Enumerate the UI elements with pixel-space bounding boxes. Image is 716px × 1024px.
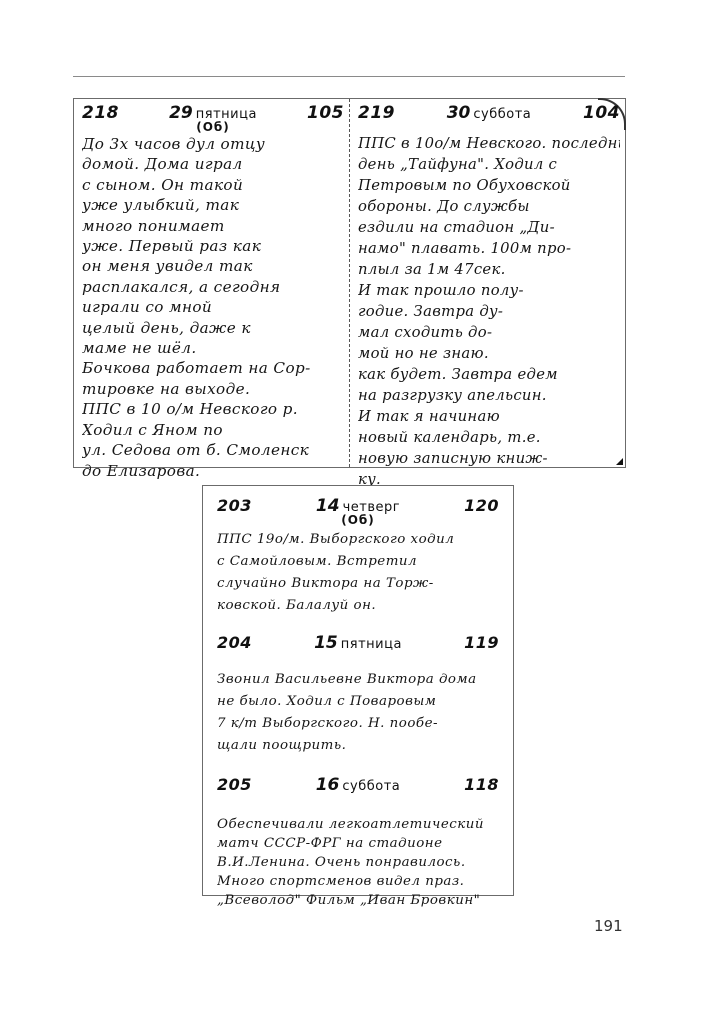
entry-header: 204 15пятница 119 [217,633,499,653]
days-remaining: 119 [464,633,499,652]
page-number: 191 [594,917,623,935]
handwritten-line: Много спортсменов видел праз. [217,872,499,891]
weekday: суббота [473,107,531,122]
handwritten-line: В.И.Ленина. Очень понравилось. [217,853,499,872]
entry-number: 218 [82,103,119,123]
days-remaining: 118 [464,775,499,794]
handwritten-line: 7 к/т Выборгского. Н. пообе- [217,713,499,735]
handwritten-line: расплакался, а сегодня [82,277,344,297]
handwritten-line: как будет. Завтра едем [358,364,620,385]
diary-entry: 204 15пятница 119 Звонил Васильевне Викт… [217,633,499,757]
weekday: суббота [342,779,400,794]
entry-number: 219 [358,103,395,123]
handwritten-line: ППС 19о/м. Выборгского ходил [217,529,499,551]
handwritten-line: с Самойловым. Встретил [217,551,499,573]
entry-header: 205 16суббота 118 [217,775,499,795]
handwritten-line: До 3х часов дул отцу [82,134,344,154]
entry-header: 219 30суббота 104 [358,103,620,123]
handwritten-line: до Елизарова. [82,461,344,481]
handwritten-line: ковской. Балалуй он. [217,595,499,617]
handwritten-line: годие. Завтра ду- [358,301,620,322]
handwritten-line: с сыном. Он такой [82,175,344,195]
entry-number: 204 [217,633,252,652]
diary-scan-single: 203 14четверг 120 (Об) ППС 19о/м. Выборг… [202,485,514,896]
date-day: 16 [316,775,340,795]
date-day: 29 [169,103,193,123]
handwritten-line: он меня увидел так [82,256,344,276]
handwritten-line: домой. Дома играл [82,154,344,174]
handwritten-line: обороны. До службы [358,196,620,217]
handwritten-line: Звонил Васильевне Виктора дома [217,669,499,691]
handwritten-line: „Всеволод" Фильм „Иван Бровкин" [217,891,499,910]
entry-date: 30суббота [447,103,532,123]
diary-scan-spread: 218 29пятница 105 (Об) До 3х часов дул о… [73,98,626,468]
handwritten-text: ППС в 10о/м Невского. последнийдень „Тай… [358,133,620,490]
days-remaining: 104 [583,103,620,123]
handwritten-line: мой но не знаю. [358,343,620,364]
handwritten-line: уже. Первый раз как [82,236,344,256]
handwritten-text: ППС 19о/м. Выборгского ходилс Самойловым… [217,529,499,617]
handwritten-line: ППС в 10о/м Невского. последний [358,133,620,154]
entry-number: 203 [217,496,252,515]
days-remaining: 105 [307,103,344,123]
handwritten-text: Звонил Васильевне Виктора домане было. Х… [217,669,499,757]
entry-note: (Об) [217,513,499,527]
diary-entries: 203 14четверг 120 (Об) ППС 19о/м. Выборг… [217,486,499,910]
handwritten-line: новый календарь, т.е. [358,427,620,448]
handwritten-line: И так прошло полу- [358,280,620,301]
handwritten-line: много понимает [82,216,344,236]
entry-date: 16суббота [316,775,401,795]
handwritten-line: И так я начинаю [358,406,620,427]
date-day: 30 [447,103,471,123]
handwritten-line: Ходил с Яном по [82,420,344,440]
diary-entry: 203 14четверг 120 (Об) ППС 19о/м. Выборг… [217,496,499,617]
handwritten-line: ул. Седова от б. Смоленск [82,440,344,460]
handwritten-line: случайно Виктора на Торж- [217,573,499,595]
handwritten-line: тировке на выходе. [82,379,344,399]
handwritten-line: Петровым по Обуховской [358,175,620,196]
handwritten-line: маме не шёл. [82,338,344,358]
handwritten-line: целый день, даже к [82,318,344,338]
handwritten-line: матч СССР-ФРГ на стадионе [217,834,499,853]
handwritten-line: плыл за 1м 47сек. [358,259,620,280]
handwritten-line: играли со мной [82,297,344,317]
handwritten-text: До 3х часов дул отцудомой. Дома игралс с… [82,134,344,481]
entry-date: 15пятница [314,633,402,653]
handwritten-line: новую записную книж- [358,448,620,469]
handwritten-text: Обеспечивали легкоатлетическийматч СССР-… [217,815,499,910]
handwritten-line: ездили на стадион „Ди- [358,217,620,238]
header-rule [73,76,625,77]
handwritten-line: ППС в 10 о/м Невского р. [82,399,344,419]
handwritten-line: не было. Ходил с Поваровым [217,691,499,713]
handwritten-line: уже улыбкий, так [82,195,344,215]
date-day: 14 [316,496,340,516]
diary-page-right: 219 30суббота 104 ППС в 10о/м Невского. … [358,99,620,467]
handwritten-line: на разгрузку апельсин. [358,385,620,406]
handwritten-line: Бочкова работает на Сор- [82,358,344,378]
diary-entry: 205 16суббота 118 Обеспечивали легкоатле… [217,775,499,910]
handwritten-line: день „Тайфуна". Ходил с [358,154,620,175]
handwritten-line: мал сходить до- [358,322,620,343]
diary-page-left: 218 29пятница 105 (Об) До 3х часов дул о… [82,99,344,467]
entry-number: 205 [217,775,252,794]
handwritten-line: намо" плавать. 100м про- [358,238,620,259]
page-fold-divider [349,99,350,467]
handwritten-line: щали поощрить. [217,735,499,757]
entry-note: (Об) [82,120,344,134]
date-day: 15 [314,633,338,653]
handwritten-line: Обеспечивали легкоатлетический [217,815,499,834]
weekday: пятница [341,637,402,652]
days-remaining: 120 [464,496,499,515]
